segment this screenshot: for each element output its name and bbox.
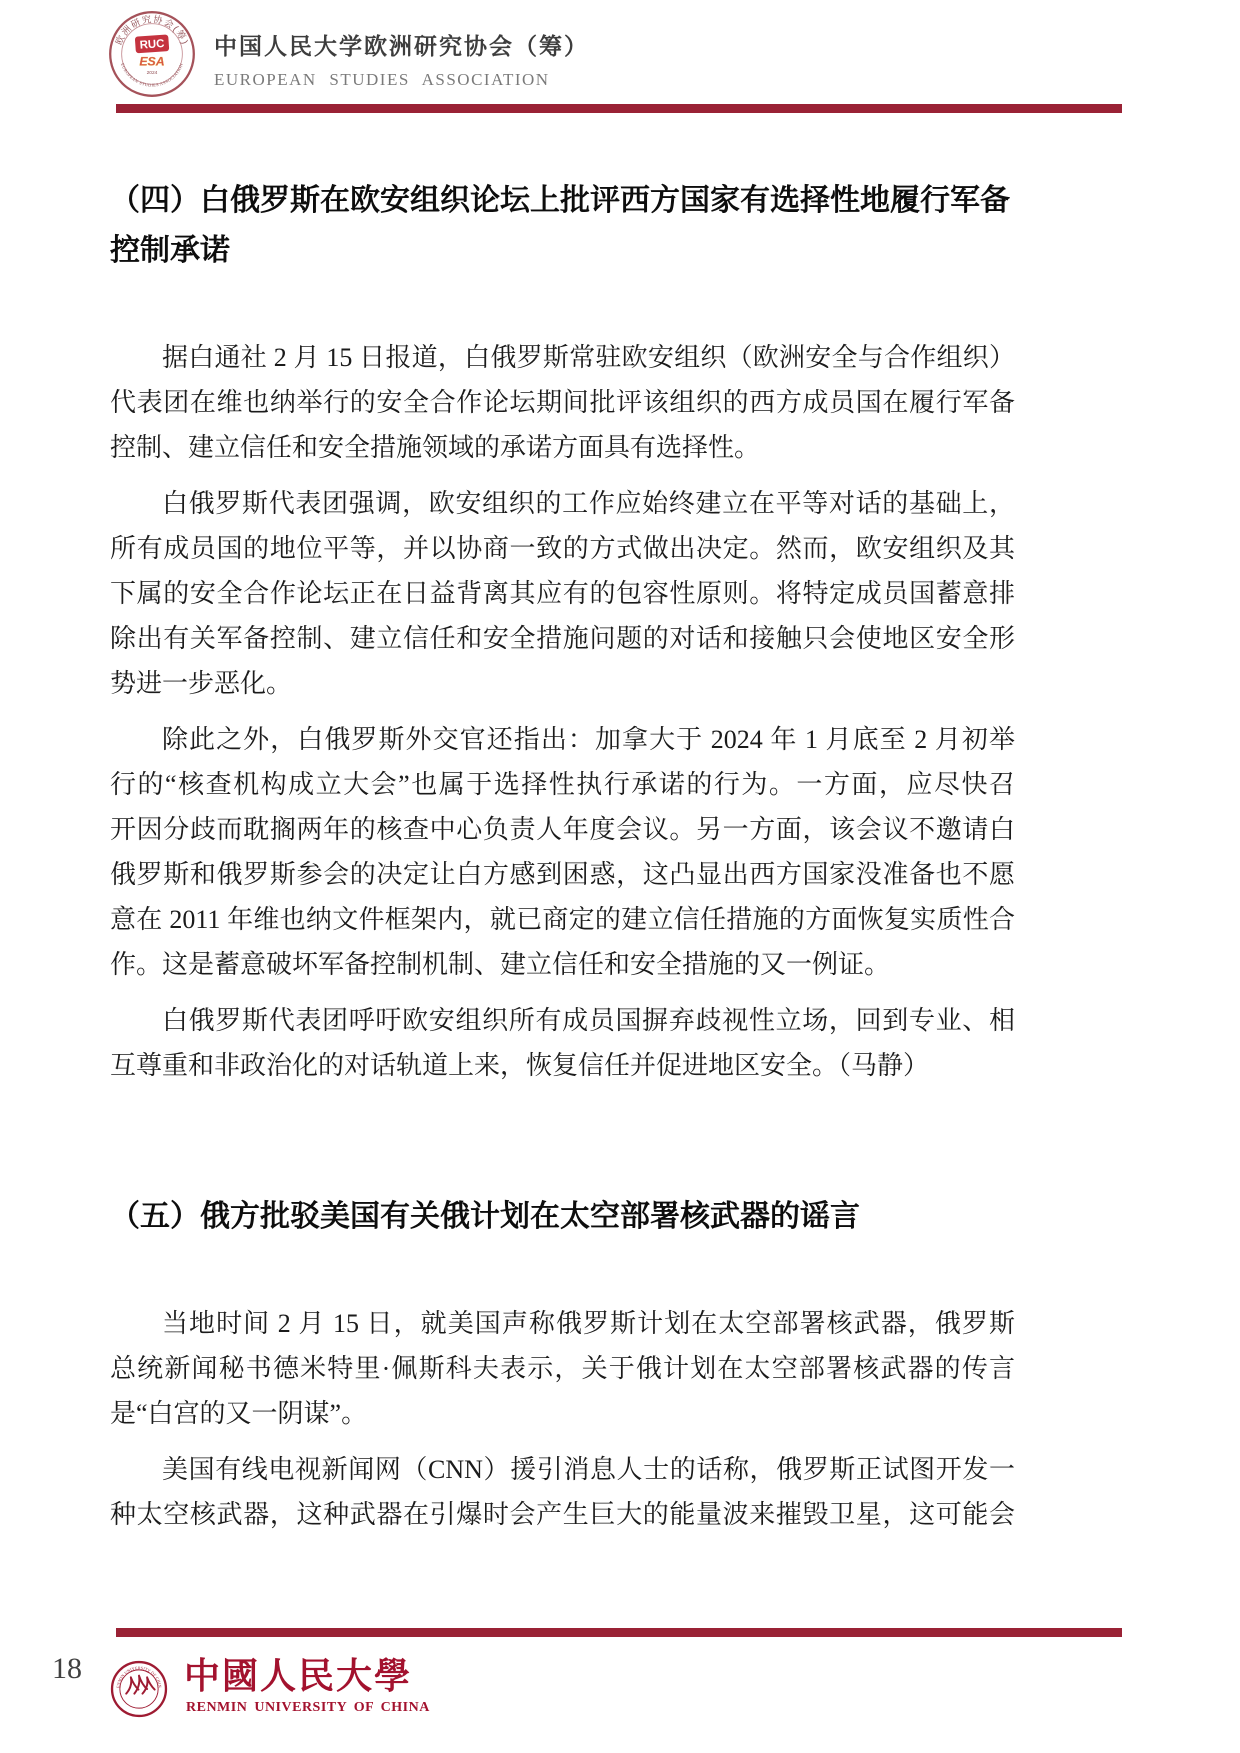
page-number: 18 bbox=[52, 1652, 82, 1686]
text-line: 控制、建立信任和安全措施领域的承诺方面具有选择性。 bbox=[110, 425, 1015, 470]
ruc-university-seal-icon: RENMIN UNIVERSITY OF CHINA bbox=[110, 1660, 168, 1718]
text-line: 行的“核查机构成立大会”也属于选择性执行承诺的行为。一方面，应尽快召 bbox=[110, 762, 1015, 807]
seal-esa-label: ESA bbox=[139, 54, 164, 68]
paragraph: 据白通社 2 月 15 日报道，白俄罗斯常驻欧安组织（欧洲安全与合作组织） 代表… bbox=[110, 335, 1015, 470]
text-line: 白俄罗斯代表团呼吁欧安组织所有成员国摒弃歧视性立场，回到专业、相 bbox=[110, 998, 1015, 1043]
text-line: 除出有关军备控制、建立信任和安全措施问题的对话和接触只会使地区安全形 bbox=[110, 616, 1015, 661]
heading-line: （五）俄方批驳美国有关俄计划在太空部署核武器的谣言 bbox=[110, 1192, 1015, 1242]
seal-ruc-label: RUC bbox=[139, 38, 165, 52]
text-line: 白俄罗斯代表团强调，欧安组织的工作应始终建立在平等对话的基础上， bbox=[110, 481, 1015, 526]
text-line: 下属的安全合作论坛正在日益背离其应有的包容性原则。将特定成员国蓄意排 bbox=[110, 571, 1015, 616]
paragraph: 除此之外，白俄罗斯外交官还指出：加拿大于 2024 年 1 月底至 2 月初举 … bbox=[110, 717, 1015, 987]
seal-year: 2024 bbox=[147, 70, 158, 76]
university-name-english: RENMIN UNIVERSITY OF CHINA bbox=[186, 1700, 430, 1716]
paragraph: 当地时间 2 月 15 日，就美国声称俄罗斯计划在太空部署核武器，俄罗斯 总统新… bbox=[110, 1301, 1015, 1436]
text-line: 除此之外，白俄罗斯外交官还指出：加拿大于 2024 年 1 月底至 2 月初举 bbox=[110, 717, 1015, 762]
text-line: 所有成员国的地位平等，并以协商一致的方式做出决定。然而，欧安组织及其 bbox=[110, 526, 1015, 571]
header-divider-rule bbox=[116, 104, 1122, 113]
section-5-heading: （五）俄方批驳美国有关俄计划在太空部署核武器的谣言 bbox=[110, 1192, 1015, 1242]
footer-divider-rule bbox=[116, 1628, 1122, 1637]
text-line: 互尊重和非政治化的对话轨道上来，恢复信任并促进地区安全。（马静） bbox=[110, 1043, 1015, 1088]
text-line: 是“白宫的又一阴谋”。 bbox=[110, 1391, 1015, 1436]
text-line: 势进一步恶化。 bbox=[110, 661, 1015, 706]
text-line: 美国有线电视新闻网（CNN）援引消息人士的话称，俄罗斯正试图开发一 bbox=[110, 1447, 1015, 1492]
text-line: 俄罗斯和俄罗斯参会的决定让白方感到困惑，这凸显出西方国家没准备也不愿 bbox=[110, 852, 1015, 897]
heading-line: 控制承诺 bbox=[110, 226, 1015, 276]
esa-association-seal-icon: 欧洲研究协会(筹) EUROPEAN STUDIES ASSOCIATION R… bbox=[108, 10, 196, 98]
university-name-chinese: 中國人民大學 bbox=[184, 1648, 412, 1699]
text-line: 当地时间 2 月 15 日，就美国声称俄罗斯计划在太空部署核武器，俄罗斯 bbox=[110, 1301, 1015, 1346]
organization-title-block: 中国人民大学欧洲研究协会（筹） EUROPEAN STUDIES ASSOCIA… bbox=[214, 10, 589, 90]
text-line: 开因分歧而耽搁两年的核查中心负责人年度会议。另一方面，该会议不邀请白 bbox=[110, 807, 1015, 852]
section-4-heading: （四）白俄罗斯在欧安组织论坛上批评西方国家有选择性地履行军备 控制承诺 bbox=[110, 176, 1015, 276]
page-header: 欧洲研究协会(筹) EUROPEAN STUDIES ASSOCIATION R… bbox=[108, 10, 589, 98]
text-line: 代表团在维也纳举行的安全合作论坛期间批评该组织的西方成员国在履行军备 bbox=[110, 380, 1015, 425]
text-line: 意在 2011 年维也纳文件框架内，就已商定的建立信任措施的方面恢复实质性合 bbox=[110, 897, 1015, 942]
heading-line: （四）白俄罗斯在欧安组织论坛上批评西方国家有选择性地履行军备 bbox=[110, 176, 1015, 226]
text-line: 种太空核武器，这种武器在引爆时会产生巨大的能量波来摧毁卫星，这可能会 bbox=[110, 1492, 1015, 1537]
paragraph: 美国有线电视新闻网（CNN）援引消息人士的话称，俄罗斯正试图开发一 种太空核武器… bbox=[110, 1447, 1015, 1537]
document-body: （四）白俄罗斯在欧安组织论坛上批评西方国家有选择性地履行军备 控制承诺 据白通社… bbox=[110, 176, 1015, 1548]
text-line: 据白通社 2 月 15 日报道，白俄罗斯常驻欧安组织（欧洲安全与合作组织） bbox=[110, 335, 1015, 380]
text-line: 作。这是蓄意破坏军备控制机制、建立信任和安全措施的又一例证。 bbox=[110, 942, 1015, 987]
organization-name-chinese: 中国人民大学欧洲研究协会（筹） bbox=[214, 28, 589, 61]
paragraph: 白俄罗斯代表团强调，欧安组织的工作应始终建立在平等对话的基础上， 所有成员国的地… bbox=[110, 481, 1015, 706]
organization-name-english: EUROPEAN STUDIES ASSOCIATION bbox=[214, 70, 589, 90]
paragraph: 白俄罗斯代表团呼吁欧安组织所有成员国摒弃歧视性立场，回到专业、相 互尊重和非政治… bbox=[110, 998, 1015, 1088]
text-line: 总统新闻秘书德米特里·佩斯科夫表示，关于俄计划在太空部署核武器的传言 bbox=[110, 1346, 1015, 1391]
